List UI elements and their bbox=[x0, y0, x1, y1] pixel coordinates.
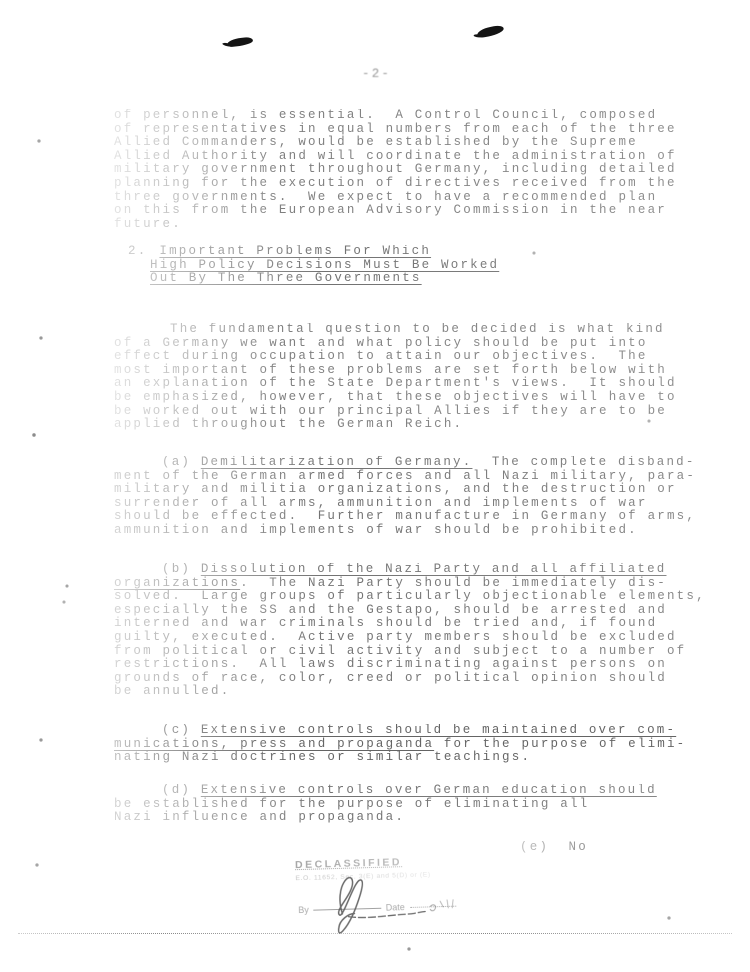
text-line: especially the SS and the Gestapo, shoul… bbox=[114, 604, 724, 618]
item-heading: organizations bbox=[114, 576, 240, 590]
item-label: (a) bbox=[162, 455, 201, 469]
item-heading: Extensive controls should be maintained … bbox=[201, 723, 676, 737]
item-heading: munications, press and propaganda bbox=[114, 737, 434, 751]
scan-noise bbox=[0, 0, 2, 2]
text-line: most important of these problems are set… bbox=[114, 364, 724, 378]
paragraph-d-body: be established for the purpose of elimin… bbox=[114, 798, 724, 825]
paragraph-d-education-controls: (d) Extensive controls over German educa… bbox=[114, 784, 724, 825]
text-line: ment of the German armed forces and all … bbox=[114, 470, 724, 484]
paragraph-a-body: ment of the German armed forces and all … bbox=[114, 470, 724, 538]
text-line: military government throughout Germany, … bbox=[114, 163, 724, 177]
section-title-line: Important Problems For Which bbox=[159, 244, 431, 258]
text-line: (e) No bbox=[520, 841, 640, 855]
section-title-line: High Policy Decisions Must Be Worked bbox=[150, 258, 499, 272]
text-line: military and militia organizations, and … bbox=[114, 483, 724, 497]
text-line: (d) Extensive controls over German educa… bbox=[114, 784, 724, 798]
text-run: for the purpose of elimi- bbox=[434, 737, 686, 751]
section-2-heading: 2.Important Problems For Which High Poli… bbox=[114, 245, 724, 286]
paragraph-b-nazi-party: (b) Dissolution of the Nazi Party and al… bbox=[114, 563, 724, 699]
paragraph-fundamental-question: The fundamental question to be decided i… bbox=[114, 323, 724, 432]
section-title-line: Out By The Three Governments bbox=[150, 271, 422, 285]
item-label: (b) bbox=[162, 562, 201, 576]
declassified-stamp: DECLASSIFIED E.O. 11652, Sec. 3(E) and 5… bbox=[295, 853, 522, 943]
text-line: be emphasized, however, that these objec… bbox=[114, 391, 724, 405]
text-line: should be effected. Further manufacture … bbox=[114, 510, 724, 524]
ink-smudge-icon bbox=[476, 25, 504, 39]
item-label: (d) bbox=[162, 783, 201, 797]
text-line: of representatives in equal numbers from… bbox=[114, 123, 724, 137]
text-line: of personnel, is essential. A Control Co… bbox=[114, 109, 724, 123]
heading-line: High Policy Decisions Must Be Worked bbox=[114, 259, 724, 273]
text-line: The fundamental question to be decided i… bbox=[114, 323, 724, 337]
paragraph-control-council: of personnel, is essential. A Control Co… bbox=[114, 109, 724, 231]
text-line: (b) Dissolution of the Nazi Party and al… bbox=[114, 563, 724, 577]
text-line: be worked out with our principal Allies … bbox=[114, 405, 724, 419]
text-line: three governments. We expect to have a r… bbox=[114, 191, 724, 205]
ink-smudge-icon bbox=[227, 37, 254, 48]
text-line: planning for the execution of directives… bbox=[114, 177, 724, 191]
scan-edge-line bbox=[18, 933, 732, 934]
page-number: -2- bbox=[362, 68, 422, 82]
text-line: effect during occupation to attain our o… bbox=[114, 350, 724, 364]
document-page: -2- of personnel, is essential. A Contro… bbox=[0, 0, 750, 972]
item-heading: Demilitarization of Germany. bbox=[201, 455, 473, 469]
text-line: applied throughout the German Reich. bbox=[114, 418, 724, 432]
text-line: nating Nazi doctrines or similar teachin… bbox=[114, 751, 724, 765]
text-line: guilty, executed. Active party members s… bbox=[114, 631, 724, 645]
paragraph-e-start: (e) No bbox=[520, 841, 640, 855]
paragraph-c-press-controls: (c) Extensive controls should be maintai… bbox=[114, 724, 724, 765]
text-line: Nazi influence and propaganda. bbox=[114, 811, 724, 825]
item-heading: Extensive controls over German education… bbox=[201, 783, 657, 797]
text-line: interned and war criminals should be tri… bbox=[114, 617, 724, 631]
stamp-by-label: By bbox=[298, 905, 309, 915]
section-number: 2. bbox=[128, 244, 159, 258]
text-line: restrictions. All laws discriminating ag… bbox=[114, 658, 724, 672]
text-line: munications, press and propaganda for th… bbox=[114, 738, 724, 752]
text-line: be annulled. bbox=[114, 685, 724, 699]
heading-line: Out By The Three Governments bbox=[114, 272, 724, 286]
item-label: (c) bbox=[162, 723, 201, 737]
text-line: (a) Demilitarization of Germany. The com… bbox=[114, 456, 724, 470]
text-line: be established for the purpose of elimin… bbox=[114, 798, 724, 812]
paragraph-b-body: solved. Large groups of particularly obj… bbox=[114, 590, 724, 699]
text-line: (c) Extensive controls should be maintai… bbox=[114, 724, 724, 738]
text-line: an explanation of the State Department's… bbox=[114, 377, 724, 391]
paragraph-a-demilitarization: (a) Demilitarization of Germany. The com… bbox=[114, 456, 724, 538]
text-line: of a Germany we want and what policy sho… bbox=[114, 337, 724, 351]
text-line: from political or civil activity and sub… bbox=[114, 645, 724, 659]
text-line: solved. Large groups of particularly obj… bbox=[114, 590, 724, 604]
item-heading: Dissolution of the Nazi Party and all af… bbox=[201, 562, 667, 576]
text-line: organizations. The Nazi Party should be … bbox=[114, 577, 724, 591]
text-line: ammunition and implements of war should … bbox=[114, 524, 724, 538]
signature-icon bbox=[311, 859, 463, 943]
text-run: . The Nazi Party should be immediately d… bbox=[240, 576, 667, 590]
text-line: Allied Authority and will coordinate the… bbox=[114, 150, 724, 164]
text-run: The complete disband- bbox=[472, 455, 695, 469]
heading-line: 2.Important Problems For Which bbox=[114, 245, 724, 259]
text-line: on this from the European Advisory Commi… bbox=[114, 204, 724, 218]
text-line: future. bbox=[114, 218, 724, 232]
text-line: Allied Commanders, would be established … bbox=[114, 136, 724, 150]
text-line: surrender of all arms, ammunition and im… bbox=[114, 497, 724, 511]
text-line: grounds of race, color, creed or politic… bbox=[114, 672, 724, 686]
